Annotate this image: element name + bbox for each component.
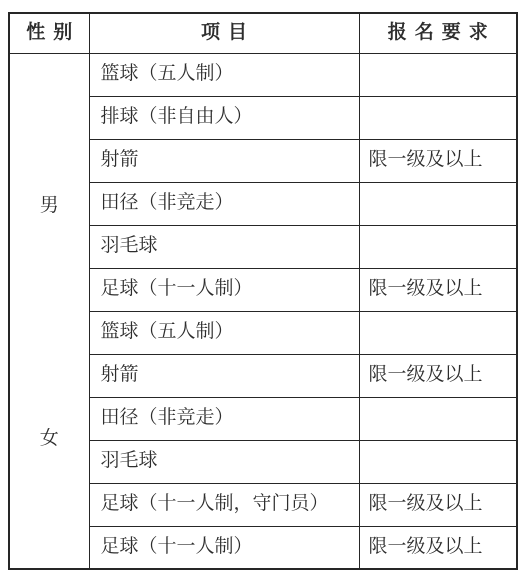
requirement-cell [359,397,517,440]
requirement-cell [359,53,517,96]
requirement-cell [359,225,517,268]
header-requirement: 报名要求 [359,13,517,53]
requirement-cell: 限一级及以上 [359,354,517,397]
event-cell: 田径（非竞走） [89,397,359,440]
event-cell: 篮球（五人制） [89,53,359,96]
document-page: 性别 项目 报名要求 男 篮球（五人制） 排球（非自由人） 射箭 限一级及以上 … [0,0,525,582]
event-cell: 射箭 [89,354,359,397]
header-gender: 性别 [9,13,89,53]
requirement-cell [359,440,517,483]
table-row: 男 篮球（五人制） [9,53,517,96]
event-cell: 足球（十一人制） [89,526,359,569]
event-cell: 羽毛球 [89,440,359,483]
requirement-cell [359,182,517,225]
gender-cell-female: 女 [9,311,89,569]
requirement-cell [359,311,517,354]
event-cell: 足球（十一人制，守门员） [89,483,359,526]
event-cell: 羽毛球 [89,225,359,268]
header-event: 项目 [89,13,359,53]
requirement-cell: 限一级及以上 [359,483,517,526]
table-header-row: 性别 项目 报名要求 [9,13,517,53]
event-cell: 篮球（五人制） [89,311,359,354]
event-cell: 足球（十一人制） [89,268,359,311]
requirement-cell [359,96,517,139]
requirement-cell: 限一级及以上 [359,139,517,182]
event-cell: 田径（非竞走） [89,182,359,225]
requirement-cell: 限一级及以上 [359,526,517,569]
signup-requirements-table: 性别 项目 报名要求 男 篮球（五人制） 排球（非自由人） 射箭 限一级及以上 … [8,12,518,570]
gender-cell-male: 男 [9,53,89,311]
requirement-cell: 限一级及以上 [359,268,517,311]
table-row: 女 篮球（五人制） [9,311,517,354]
event-cell: 射箭 [89,139,359,182]
event-cell: 排球（非自由人） [89,96,359,139]
